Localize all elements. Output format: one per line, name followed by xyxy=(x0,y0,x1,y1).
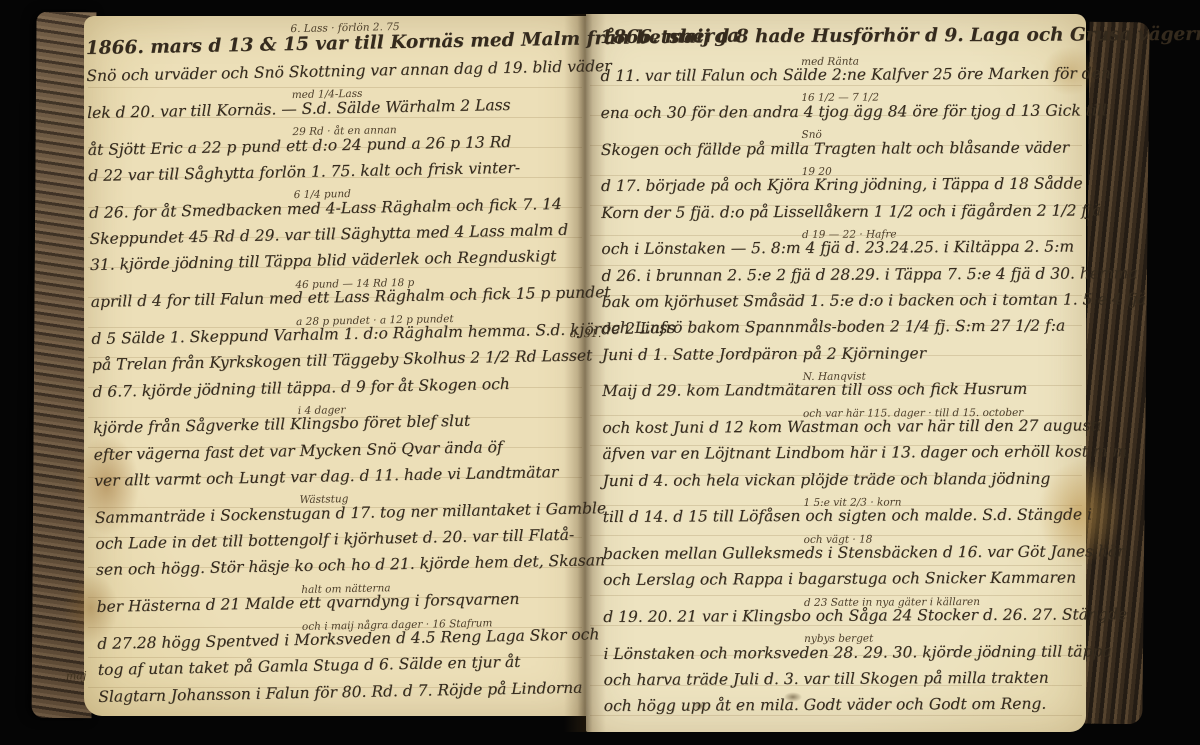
handwritten-text: äfven var en Löjtnant Lindbom här i 13. … xyxy=(602,444,1080,464)
diary-line: d 23 Satte in nya gäter i källarend 19. … xyxy=(603,596,1081,626)
handwritten-text: till d 14. d 15 till Löfåsen och sigten … xyxy=(603,507,1081,527)
handwritten-text: 31. kjörde jödning till Täppa blid väder… xyxy=(90,248,578,275)
handwritten-text: backen mellan Gulleksmeds i Stensbäcken … xyxy=(603,544,1081,564)
handwritten-text: Juni d 1. Satte Jordpäron på 2 Kjörninge… xyxy=(602,344,1080,364)
diary-line: nybys bergeti Lönstaken och morksveden 2… xyxy=(603,633,1081,663)
handwritten-text: d 26. i brunnan 2. 5:e 2 fjä d 28.29. i … xyxy=(601,265,1079,285)
diary-line: 6 1/4 pundd 26. for åt Smedbacken med 4-… xyxy=(89,185,577,222)
handwritten-text: d 17. började på och Kjöra Kring jödning… xyxy=(601,176,1079,196)
diary-line: sen och högg. Stör häsje ko och ho d 21.… xyxy=(96,553,584,580)
diary-line: d 6.7. kjörde jödning till täppa. d 9 fo… xyxy=(92,374,580,401)
diary-line: Skeppundet 45 Rd d 29. var till Säghytta… xyxy=(89,222,577,249)
handwritten-text: 1866. maij d 8 hade Husförhör d 9. Laga … xyxy=(600,26,1078,49)
handwritten-text: Skogen och fällde på milla Tragten halt … xyxy=(601,139,1079,159)
handwritten-text: och högg upp åt en mila. Godt väder och … xyxy=(604,696,1082,716)
diary-line: och i maij några dager · 16 Stafrumd 27.… xyxy=(97,616,585,653)
diary-photo: 6. Lass · förlön 2. 751866. mars d 13 & … xyxy=(0,0,1200,745)
diary-line: a 28 p pundet · a 12 p pundetd 5 Sälde 1… xyxy=(91,311,579,348)
handwritten-text: sen och högg. Stör häsje ko och ho d 21.… xyxy=(96,553,584,580)
diary-line: Snö och urväder och Snö Skottning var an… xyxy=(86,59,574,86)
diary-line: med 1/4-Lasslek d 20. var till Kornäs. —… xyxy=(87,85,575,122)
diary-line: Juni d 1. Satte Jordpäron på 2 Kjörninge… xyxy=(602,344,1080,364)
handwritten-text: och i Lönstaken — 5. 8:m 4 fjä d. 23.24.… xyxy=(601,239,1079,259)
diary-line: bak om kjörhuset Småsäd 1. 5:e d:o i bac… xyxy=(602,291,1080,311)
handwritten-text: ena och 30 för den andra 4 tjog ägg 84 ö… xyxy=(601,102,1079,122)
diary-line: d 22 var till Såghytta forlön 1. 75. kal… xyxy=(88,159,576,186)
handwritten-text: i Lönstaken och morksveden 28. 29. 30. k… xyxy=(603,643,1081,663)
diary-line: och harva träde Juli d. 3. var till Skog… xyxy=(604,670,1082,690)
diary-line: och Lade in det till bottengolf i kjörhu… xyxy=(95,527,583,554)
diary-line: d 26. i brunnan 2. 5:e 2 fjä d 28.29. i … xyxy=(601,265,1079,285)
handwritten-text: och harva träde Juli d. 3. var till Skog… xyxy=(604,670,1082,690)
diary-line: med Räntad 11. var till Falun och Sälde … xyxy=(600,55,1078,85)
handwritten-text: och Lerslag och Rappa i bagarstuga och S… xyxy=(603,570,1081,590)
diary-line: 1866. maij d 8 hade Husförhör d 9. Laga … xyxy=(600,26,1078,49)
diary-line: N. HanqvistMaij d 29. kom Landtmätaren t… xyxy=(602,370,1080,400)
diary-line: 16 1/2 — 7 1/2ena och 30 för den andra 4… xyxy=(601,92,1079,122)
diary-line: 19 20d 17. började på och Kjöra Kring jö… xyxy=(601,165,1079,195)
handwritten-text: och Lade in det till bottengolf i kjörhu… xyxy=(95,527,583,554)
handwritten-text: och Linfrö bakom Spannmåls-boden 2 1/4 f… xyxy=(602,318,1080,338)
handwritten-text: Juni d 4. och hela vickan plöjde träde o… xyxy=(603,470,1081,490)
diary-line: 29 Rd · åt en annanåt Sjött Eric a 22 p … xyxy=(87,122,575,159)
handwritten-text: på Trelan från Kyrkskogen till Täggeby S… xyxy=(92,348,580,375)
diary-line: efter vägerna fast det var Mycken Snö Qv… xyxy=(94,437,582,464)
margin-note: maj xyxy=(66,669,87,682)
diary-line: i 4 dagerkjörde från Sågverke till Kling… xyxy=(93,401,581,438)
diary-line: d 19 — 22 · Hafreoch i Lönstaken — 5. 8:… xyxy=(601,228,1079,258)
handwritten-text: Skeppundet 45 Rd d 29. var till Säghytta… xyxy=(89,222,577,249)
diary-line: majtog af utan taket på Gamla Stuga d 6.… xyxy=(98,653,586,680)
diary-line: Korn der 5 fjä. d:o på Lissellåkern 1 1/… xyxy=(601,202,1079,222)
diary-line: 46 pund — 14 Rd 18 paprill d 4 for till … xyxy=(90,274,578,311)
diary-line: d. 31.och Linfrö bakom Spannmåls-boden 2… xyxy=(602,318,1080,338)
handwritten-text: d 11. var till Falun och Sälde 2:ne Kalf… xyxy=(600,66,1078,86)
handwritten-text: och kost Juni d 12 kom Wastman och var h… xyxy=(602,418,1080,438)
diary-line: 1 5:e vit 2/3 · korntill d 14. d 15 till… xyxy=(603,496,1081,526)
diary-line: äfven var en Löjtnant Lindbom här i 13. … xyxy=(602,444,1080,464)
handwritten-text: Maij d 29. kom Landtmätaren till oss och… xyxy=(602,381,1080,401)
diary-line: 31. kjörde jödning till Täppa blid väder… xyxy=(90,248,578,275)
diary-line: och högg upp åt en mila. Godt väder och … xyxy=(604,696,1082,716)
diary-line: och var här 115. dager · till d 15. octo… xyxy=(602,407,1080,437)
handwritten-text: Snö och urväder och Snö Skottning var an… xyxy=(86,59,574,86)
diary-line: och vägt · 18backen mellan Gulleksmeds i… xyxy=(603,533,1081,563)
handwritten-text: d 22 var till Såghytta forlön 1. 75. kal… xyxy=(88,159,576,186)
diary-line: WäststugSammanträde i Sockenstugan d 17.… xyxy=(95,490,583,527)
margin-note: d. 31. xyxy=(570,327,602,340)
handwritten-text: tog af utan taket på Gamla Stuga d 6. Sä… xyxy=(98,653,586,680)
diary-line: SnöSkogen och fällde på milla Tragten ha… xyxy=(601,129,1079,159)
left-page-text: 6. Lass · förlön 2. 751866. mars d 13 & … xyxy=(85,19,586,706)
handwritten-text: ver allt varmt och Lungt var dag. d 11. … xyxy=(94,464,582,491)
diary-line: halt om nätternaber Hästerna d 21 Malde … xyxy=(96,579,584,616)
diary-line: och Lerslag och Rappa i bagarstuga och S… xyxy=(603,570,1081,590)
diary-line: på Trelan från Kyrkskogen till Täggeby S… xyxy=(92,348,580,375)
handwritten-text: d 19. 20. 21 var i Klingsbo och Såga 24 … xyxy=(603,607,1081,627)
handwritten-text: bak om kjörhuset Småsäd 1. 5:e d:o i bac… xyxy=(602,291,1080,311)
diary-line: Juni d 4. och hela vickan plöjde träde o… xyxy=(603,470,1081,490)
diary-line: ver allt varmt och Lungt var dag. d 11. … xyxy=(94,464,582,491)
handwritten-text: d 6.7. kjörde jödning till täppa. d 9 fo… xyxy=(92,374,580,401)
handwritten-text: efter vägerna fast det var Mycken Snö Qv… xyxy=(94,437,582,464)
right-page-text: 1866. maij d 8 hade Husförhör d 9. Laga … xyxy=(600,26,1082,716)
handwritten-text: Korn der 5 fjä. d:o på Lissellåkern 1 1/… xyxy=(601,202,1079,222)
